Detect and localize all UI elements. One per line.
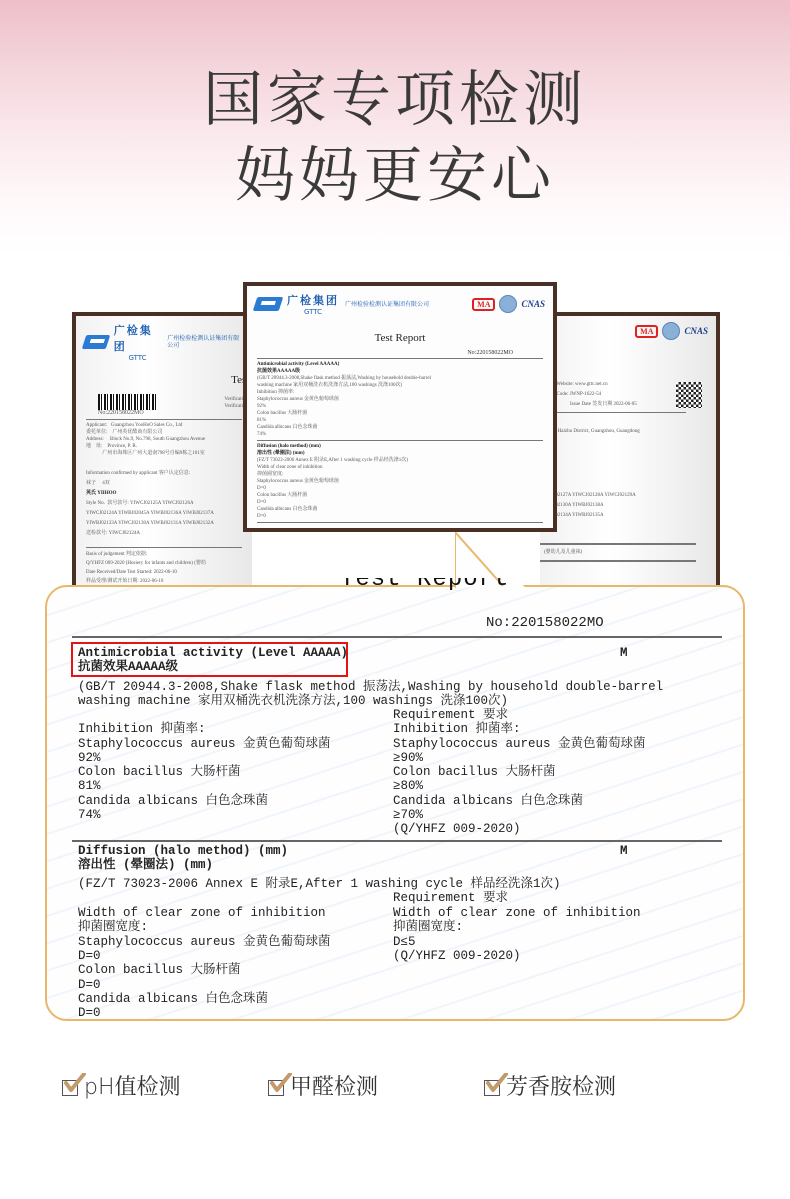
gttc-logo-icon <box>253 297 284 311</box>
requirement-organism: Staphylococcus aureus 金黄色葡萄球菌 <box>393 737 646 752</box>
brand-cn: 广检集团 <box>114 322 162 354</box>
hero-title-line2: 妈妈更安心 <box>0 128 790 214</box>
section1-standard: (Q/YHFZ 009-2020) <box>393 822 521 837</box>
check-label: 芳香胺检测 <box>506 1070 616 1101</box>
result-value: D=0 <box>78 978 101 993</box>
test-checklist: pH值检测 甲醛检测 芳香胺检测 <box>0 1070 790 1106</box>
divider <box>86 547 242 548</box>
section1-title-cn: 抗菌效果AAAAA级 <box>78 660 178 675</box>
applicant-confirmed-info: Information confirmed by applicant 客户认定信… <box>76 469 252 539</box>
checkbox-checked-icon <box>484 1080 500 1096</box>
divider <box>257 358 543 359</box>
result-organism: Colon bacillus 大肠杆菌 <box>78 963 241 978</box>
result-value: D=0 <box>78 949 101 964</box>
checkbox-checked-icon <box>62 1080 78 1096</box>
divider <box>72 636 722 638</box>
check-item-formaldehyde: 甲醛检测 <box>268 1070 378 1101</box>
section2-standard: (Q/YHFZ 009-2020) <box>393 949 521 964</box>
report-sheet-center: 广检集团 GTTC 广州检验检测认证集团有限公司 MA CNAS Test Re… <box>243 282 557 532</box>
divider <box>540 560 696 562</box>
section2-title-en: Diffusion (halo method) (mm) <box>78 844 288 859</box>
report-sheet-right: 公司 MA CNAS Test Report fication Website:… <box>540 312 720 592</box>
section1-method-1: (GB/T 20944.3-2008,Shake flask method 振荡… <box>78 680 663 695</box>
cnas-badge-icon: CNAS <box>684 326 708 336</box>
requirement-value: ≥90% <box>393 751 423 766</box>
ma-badge-icon: MA <box>635 325 658 338</box>
section1-left-heading: Inhibition 抑菌率: <box>78 722 206 737</box>
divider <box>72 840 722 842</box>
report-number: No:220158022MO <box>486 616 604 631</box>
result-organism: Candida albicans 白色念珠菌 <box>78 992 268 1007</box>
section1-method-2: washing machine 家用双桶洗衣机洗涤方法,100 washings… <box>78 694 508 709</box>
section2-requirement: D≤5 <box>393 935 416 950</box>
sheet-no: No:220158022MO <box>247 350 553 356</box>
result-organism: Staphylococcus aureus 金黄色葡萄球菌 <box>78 737 331 752</box>
section1-requirement-label: Requirement 要求 <box>393 708 508 723</box>
section2-left-heading-2: 抑菌圈宽度: <box>78 920 148 935</box>
result-organism: Candida albicans 白色念珠菌 <box>78 794 268 809</box>
gttc-logo-icon <box>82 335 110 349</box>
sheet-header: 广检集团 GTTC 广州检验检测认证集团有限公司 MA CNAS <box>247 286 553 322</box>
brand-en: GTTC <box>304 308 322 316</box>
barcode-icon <box>98 394 158 410</box>
section1-title-en: Antimicrobial activity (Level AAAAA) <box>78 646 348 661</box>
sheet-title: Test Report <box>540 352 716 364</box>
address-info: Avenue, Haizhu District, Guangzhou, Guan… <box>540 425 716 453</box>
section2-requirement-label: Requirement 要求 <box>393 891 508 906</box>
section2-method: (FZ/T 73023-2006 Annex E 附录E,After 1 was… <box>78 877 561 892</box>
applicant-info: Applicant: Guangzhou YooHoO Sales Co., L… <box>76 422 252 457</box>
style-numbers: YIWCJ02127A YIWCJ02128A YIWCJ02129A YIWC… <box>540 491 716 521</box>
section2-right-heading-2: 抑菌圈宽度: <box>393 920 463 935</box>
requirement-organism: Candida albicans 白色念珠菌 <box>393 794 583 809</box>
result-value: 74% <box>78 808 101 823</box>
ilac-badge-icon <box>662 322 680 340</box>
gttc-brand: 广检集团 GTTC <box>287 292 339 316</box>
qr-code-icon <box>676 382 702 408</box>
check-item-ph: pH值检测 <box>62 1070 181 1101</box>
cert-badges: MA CNAS <box>635 322 708 340</box>
org-name: 广州检验检测认证集团有限公司 <box>167 335 244 349</box>
ilac-badge-icon <box>499 295 517 313</box>
sheet-section2: Diffusion (halo method) (mm) 溶出性 (晕圈法) (… <box>247 443 553 520</box>
result-organism: Colon bacillus 大肠杆菌 <box>78 765 241 780</box>
result-organism: Staphylococcus aureus 金黄色葡萄球菌 <box>78 935 331 950</box>
divider <box>257 440 543 441</box>
ma-badge-icon: MA <box>472 298 495 311</box>
check-label: 甲醛检测 <box>290 1070 378 1101</box>
section2-title-cn: 溶出性 (晕圈法) (mm) <box>78 858 213 873</box>
divider <box>540 412 686 413</box>
requirement-value: ≥80% <box>393 779 423 794</box>
brand-cn: 广检集团 <box>287 292 339 308</box>
sheet-title: Test Report <box>247 332 553 344</box>
sheet-no: No:220158022MO <box>88 410 252 417</box>
check-label: pH值检测 <box>84 1070 181 1101</box>
section2-right-heading-1: Width of clear zone of inhibition <box>393 906 641 921</box>
divider <box>257 522 543 523</box>
section2-left-heading-1: Width of clear zone of inhibition <box>78 906 326 921</box>
category: (婴幼儿及儿童袜) <box>540 545 716 556</box>
result-value: D=0 <box>78 1006 101 1021</box>
gttc-brand: 广检集团 GTTC <box>114 322 162 362</box>
result-value: 81% <box>78 779 101 794</box>
section2-mark: M <box>620 844 628 859</box>
cnas-badge-icon: CNAS <box>521 299 545 309</box>
result-value: 92% <box>78 751 101 766</box>
sheet-header: 广检集团 GTTC 广州检验检测认证集团有限公司 <box>76 316 252 368</box>
checkbox-checked-icon <box>268 1080 284 1096</box>
brand-en: GTTC <box>128 354 146 362</box>
requirement-organism: Colon bacillus 大肠杆菌 <box>393 765 556 780</box>
section1-mark: M <box>620 646 628 661</box>
cert-badges: MA CNAS <box>472 295 545 313</box>
sheet-section1: Antimicrobial activity (Level AAAAA) 抗菌效… <box>247 361 553 438</box>
section1-right-heading: Inhibition 抑菌率: <box>393 722 521 737</box>
divider <box>86 419 242 420</box>
hero-title-line1: 国家专项检测 <box>0 52 790 138</box>
org-name: 广州检验检测认证集团有限公司 <box>345 301 429 308</box>
requirement-value: ≥70% <box>393 808 423 823</box>
sheet-header: 公司 MA CNAS <box>540 316 716 346</box>
check-item-aromatic-amine: 芳香胺检测 <box>484 1070 616 1101</box>
sheet-title: Test Report <box>76 374 252 386</box>
report-sheet-left: 广检集团 GTTC 广州检验检测认证集团有限公司 Test Report Ver… <box>72 312 252 592</box>
